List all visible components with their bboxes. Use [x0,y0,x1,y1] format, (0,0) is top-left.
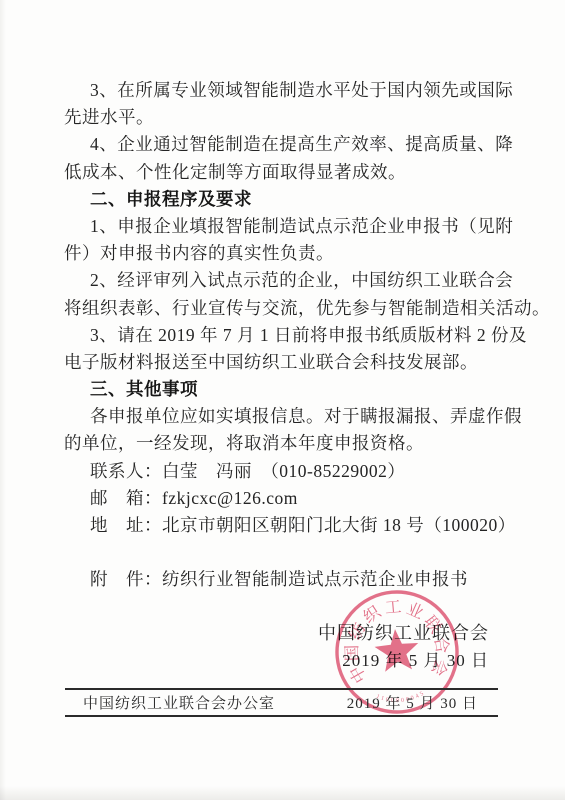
email-line: 邮 箱：fzkjcxc@126.com [64,485,497,512]
footer: 中国纺织工业联合会办公室 2019 年 5 月 30 日 [65,688,498,717]
body-line: 电子版材料报送至中国纺织工业联合会科技发展部。 [64,349,497,376]
body-line: 3、请在 2019 年 7 月 1 日前将申报书纸质版材料 2 份及 [64,322,497,349]
document-page: 3、在所属专业领域智能制造水平处于国内领先或国际 先进水平。 4、企业通过智能制… [0,0,565,800]
body-line: 件）对申报书内容的真实性负责。 [64,240,497,267]
attachment-line: 附 件：纺织行业智能制造试点示范企业申报书 [64,566,497,593]
body-line: 2、经评审列入试点示范的企业，中国纺织工业联合会 [64,267,497,294]
body-line: 低成本、个性化定制等方面取得显著成效。 [64,159,497,186]
body-line: 1、申报企业填报智能制造试点示范企业申报书（见附 [64,213,497,240]
body-line: 的单位，一经发现，将取消本年度申报资格。 [64,430,497,457]
signature-date: 2019 年 5 月 30 日 [64,647,489,674]
section-heading-procedures: 二、申报程序及要求 [64,186,497,213]
section-heading-other: 三、其他事项 [64,376,497,403]
body-line: 4、企业通过智能制造在提高生产效率、提高质量、降 [64,131,497,158]
body-line: 先进水平。 [64,104,497,131]
signature-org: 中国纺织工业联合会 [64,620,489,647]
footer-office: 中国纺织工业联合会办公室 [83,692,275,713]
footer-date: 2019 年 5 月 30 日 [347,692,478,713]
body-line: 将组织表彰、行业宣传与交流，优先参与智能制造相关活动。 [64,295,497,322]
document-body: 3、在所属专业领域智能制造水平处于国内领先或国际 先进水平。 4、企业通过智能制… [64,77,497,674]
address-line: 地 址：北京市朝阳区朝阳门北大街 18 号（100020） [64,512,497,539]
body-line: 3、在所属专业领域智能制造水平处于国内领先或国际 [64,77,497,104]
contact-person-line: 联系人：白莹 冯丽 （010-85229002） [64,458,497,485]
signature-block: 中国纺织工业联合会 2019 年 5 月 30 日 [64,620,497,674]
body-line: 各申报单位应如实填报信息。对于瞒报漏报、弄虚作假 [64,403,497,430]
